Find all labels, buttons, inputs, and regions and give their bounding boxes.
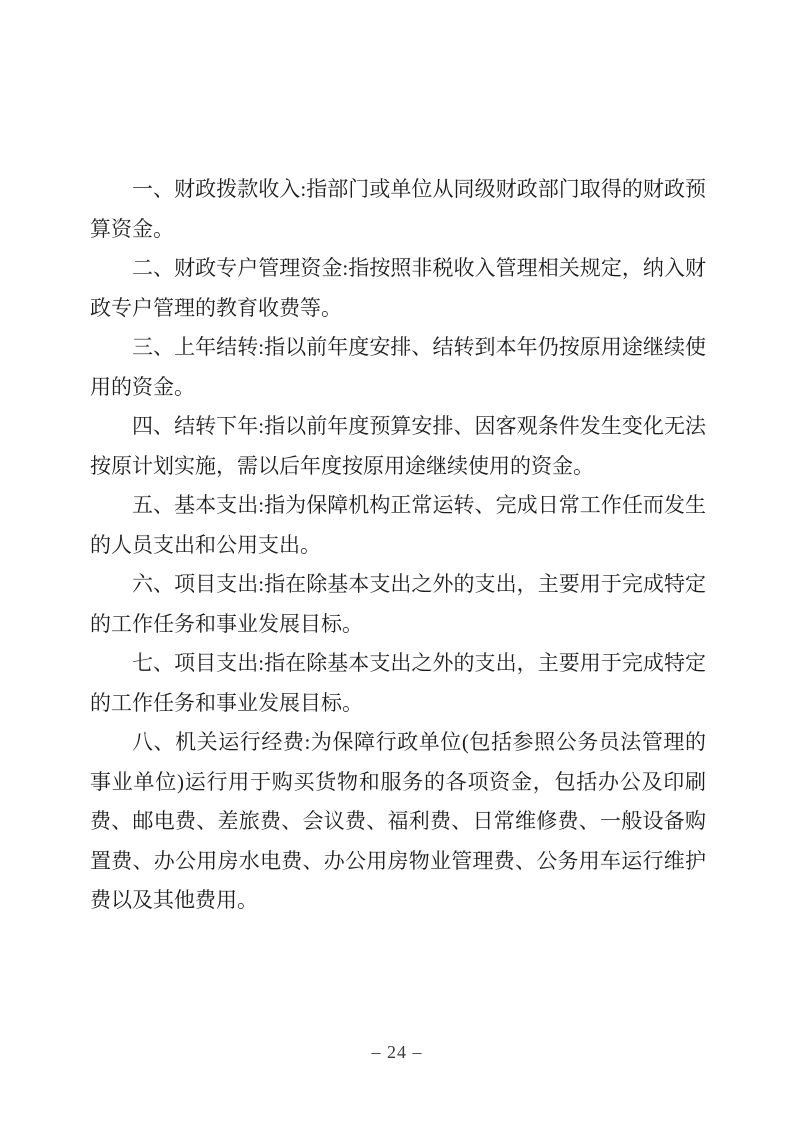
paragraph-fiscal-special-account-funds: 二、财政专户管理资金:指按照非税收入管理相关规定，纳入财政专户管理的教育收费等。 xyxy=(90,249,706,328)
paragraph-project-expenditure-7: 七、项目支出:指在除基本支出之外的支出，主要用于完成特定的工作任务和事业发展目标… xyxy=(90,644,706,723)
body-text: 一、财政拨款收入:指部门或单位从同级财政部门取得的财政预算资金。 二、财政专户管… xyxy=(90,170,706,921)
paragraph-agency-operating-expenses: 八、机关运行经费:为保障行政单位(包括参照公务员法管理的事业单位)运行用于购买货… xyxy=(90,723,706,921)
paragraph-carryover-from-previous-year: 三、上年结转:指以前年度安排、结转到本年仍按原用途继续使用的资金。 xyxy=(90,328,706,407)
paragraph-project-expenditure-6: 六、项目支出:指在除基本支出之外的支出，主要用于完成特定的工作任务和事业发展目标… xyxy=(90,565,706,644)
paragraph-carryover-to-next-year: 四、结转下年:指以前年度预算安排、因客观条件发生变化无法按原计划实施，需以后年度… xyxy=(90,407,706,486)
page-number: – 24 – xyxy=(372,1042,423,1062)
page-footer: – 24 – xyxy=(0,1040,794,1064)
document-page: 一、财政拨款收入:指部门或单位从同级财政部门取得的财政预算资金。 二、财政专户管… xyxy=(0,0,794,1122)
paragraph-basic-expenditure: 五、基本支出:指为保障机构正常运转、完成日常工作任而发生的人员支出和公用支出。 xyxy=(90,486,706,565)
paragraph-fiscal-appropriation-income: 一、财政拨款收入:指部门或单位从同级财政部门取得的财政预算资金。 xyxy=(90,170,706,249)
